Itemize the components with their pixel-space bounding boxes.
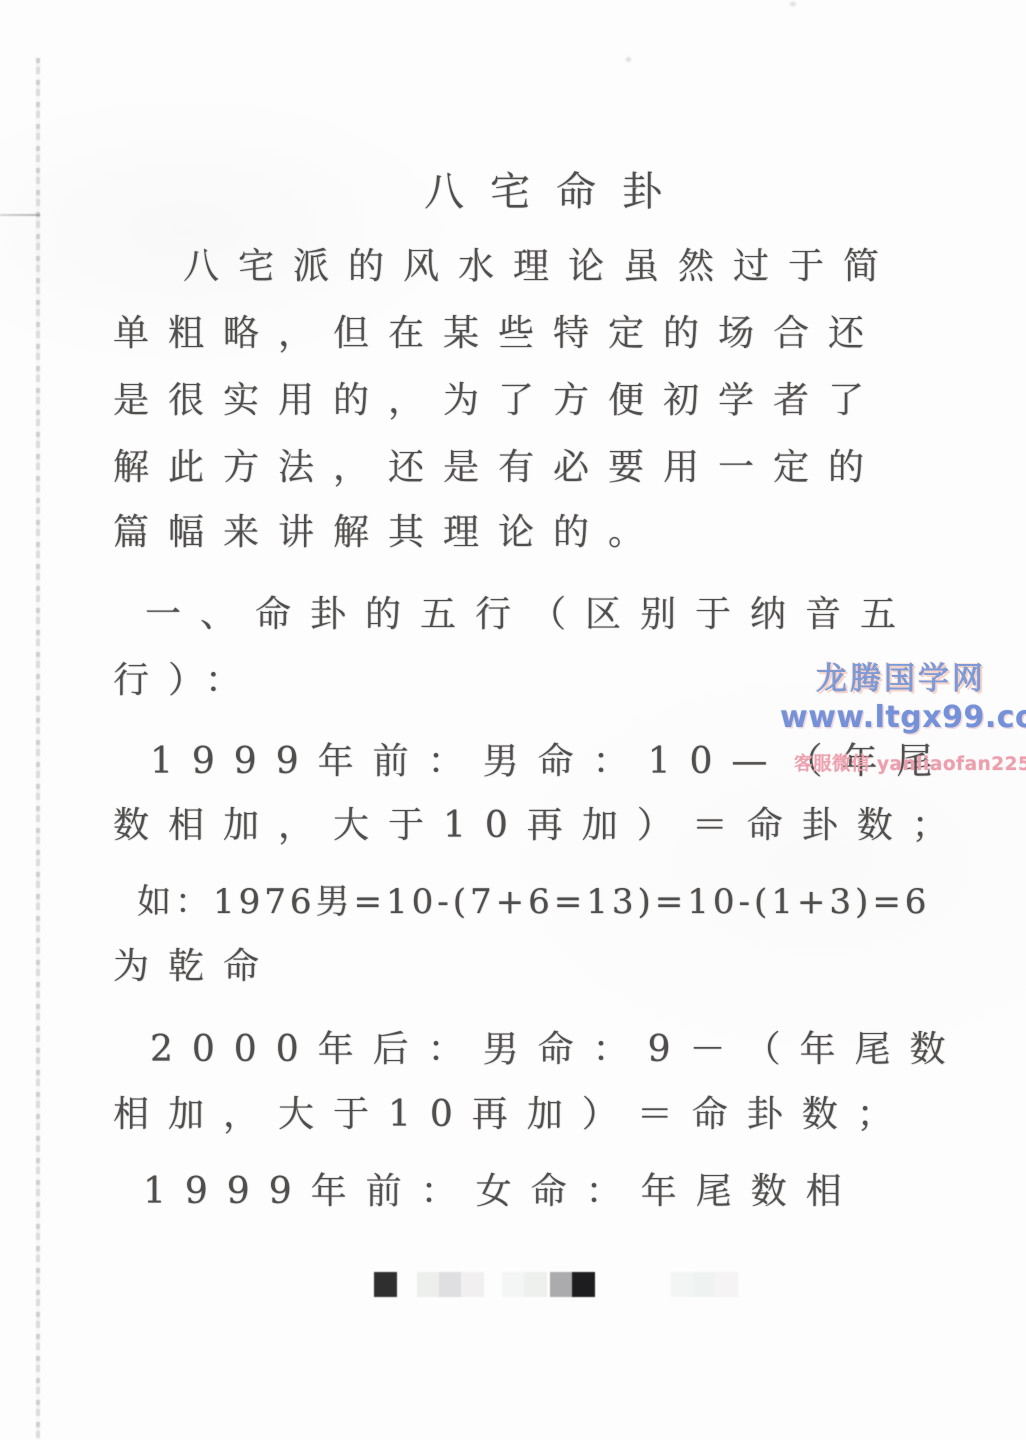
censor-pixel-block xyxy=(417,1272,440,1297)
body-line: 是很实用的，为了方便初学者了 xyxy=(113,372,883,423)
formula-line: 1999年前：女命：年尾数相 xyxy=(143,1163,861,1214)
example-formula-line: 为乾命 xyxy=(113,938,278,989)
censor-pixel-block xyxy=(502,1272,525,1297)
formula-line: 2000年后：男命：9－（年尾数 xyxy=(150,1021,965,1072)
body-line: 八宅派的风水理论虽然过于简 xyxy=(183,238,898,289)
page-edge-tick-mark xyxy=(0,214,40,216)
body-line: 解此方法，还是有必要用一定的 xyxy=(113,439,883,490)
body-line: 单粗略，但在某些特定的场合还 xyxy=(113,305,883,356)
section-heading-line: 一、命卦的五行（区别于纳音五 xyxy=(145,586,915,637)
watermark-contact: 客服微信 yanliaofan225 xyxy=(794,750,1026,776)
censor-pixel-block xyxy=(572,1272,595,1297)
watermark-site-name: 龙腾国学网 xyxy=(816,653,986,698)
censor-pixel-block xyxy=(439,1272,462,1297)
censor-pixel-block xyxy=(374,1272,397,1297)
formula-line: 数相加，大于10再加）＝命卦数； xyxy=(113,797,967,848)
body-line: 篇幅来讲解其理论的。 xyxy=(113,504,663,555)
watermark-url: www.ltgx99.com xyxy=(780,700,1026,735)
scanned-book-page: 八宅命卦 八宅派的风水理论虽然过于简 单粗略，但在某些特定的场合还 是很实用的，… xyxy=(0,0,1026,1440)
censor-pixel-block xyxy=(524,1272,547,1297)
formula-line: 相加，大于10再加）＝命卦数； xyxy=(113,1086,912,1137)
scan-speck xyxy=(790,2,796,6)
page-binding-line xyxy=(36,58,40,1440)
censor-pixel-block xyxy=(671,1272,694,1297)
scan-speck xyxy=(626,57,631,62)
example-formula-line: 如：1976男=10-(7+6=13)=10-(1+3)=6 xyxy=(137,874,930,923)
censor-pixel-block xyxy=(693,1272,716,1297)
censor-row xyxy=(0,1272,1026,1298)
section-heading-line: 行）： xyxy=(113,652,260,703)
page-title: 八宅命卦 xyxy=(424,160,688,217)
censor-pixel-block xyxy=(715,1272,738,1297)
censor-pixel-block xyxy=(550,1272,573,1297)
censor-pixel-block xyxy=(461,1272,484,1297)
